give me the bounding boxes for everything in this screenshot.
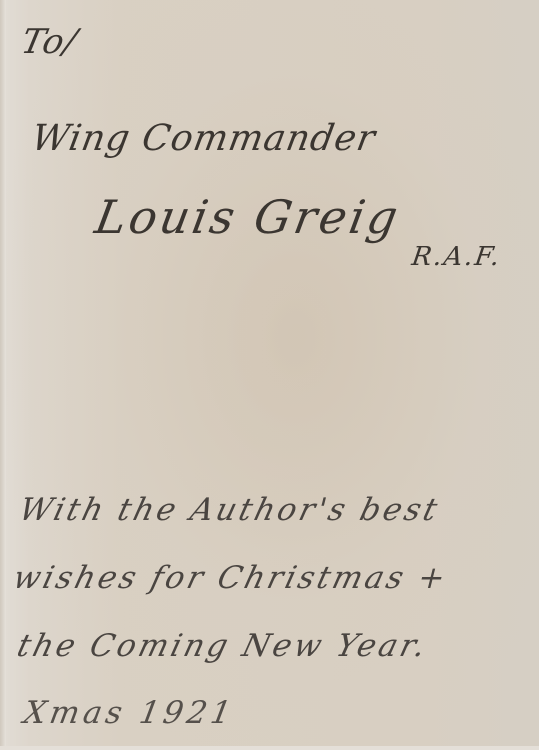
message-line: the Coming New Year. bbox=[14, 628, 433, 664]
salutation: To/ bbox=[18, 22, 81, 62]
recipient-rank: Wing Commander bbox=[28, 118, 378, 159]
inscription-date: Xmas 1921 bbox=[21, 695, 238, 731]
message-line: wishes for Christmas + bbox=[10, 560, 453, 596]
page-left-edge bbox=[0, 0, 6, 750]
inscription-page: To/ Wing Commander Louis Greig R.A.F. Wi… bbox=[0, 0, 539, 750]
recipient-name: Louis Greig bbox=[91, 190, 404, 244]
page-bottom-edge bbox=[0, 746, 539, 750]
recipient-suffix: R.A.F. bbox=[410, 242, 503, 272]
message-line: With the Author's best bbox=[16, 492, 444, 528]
